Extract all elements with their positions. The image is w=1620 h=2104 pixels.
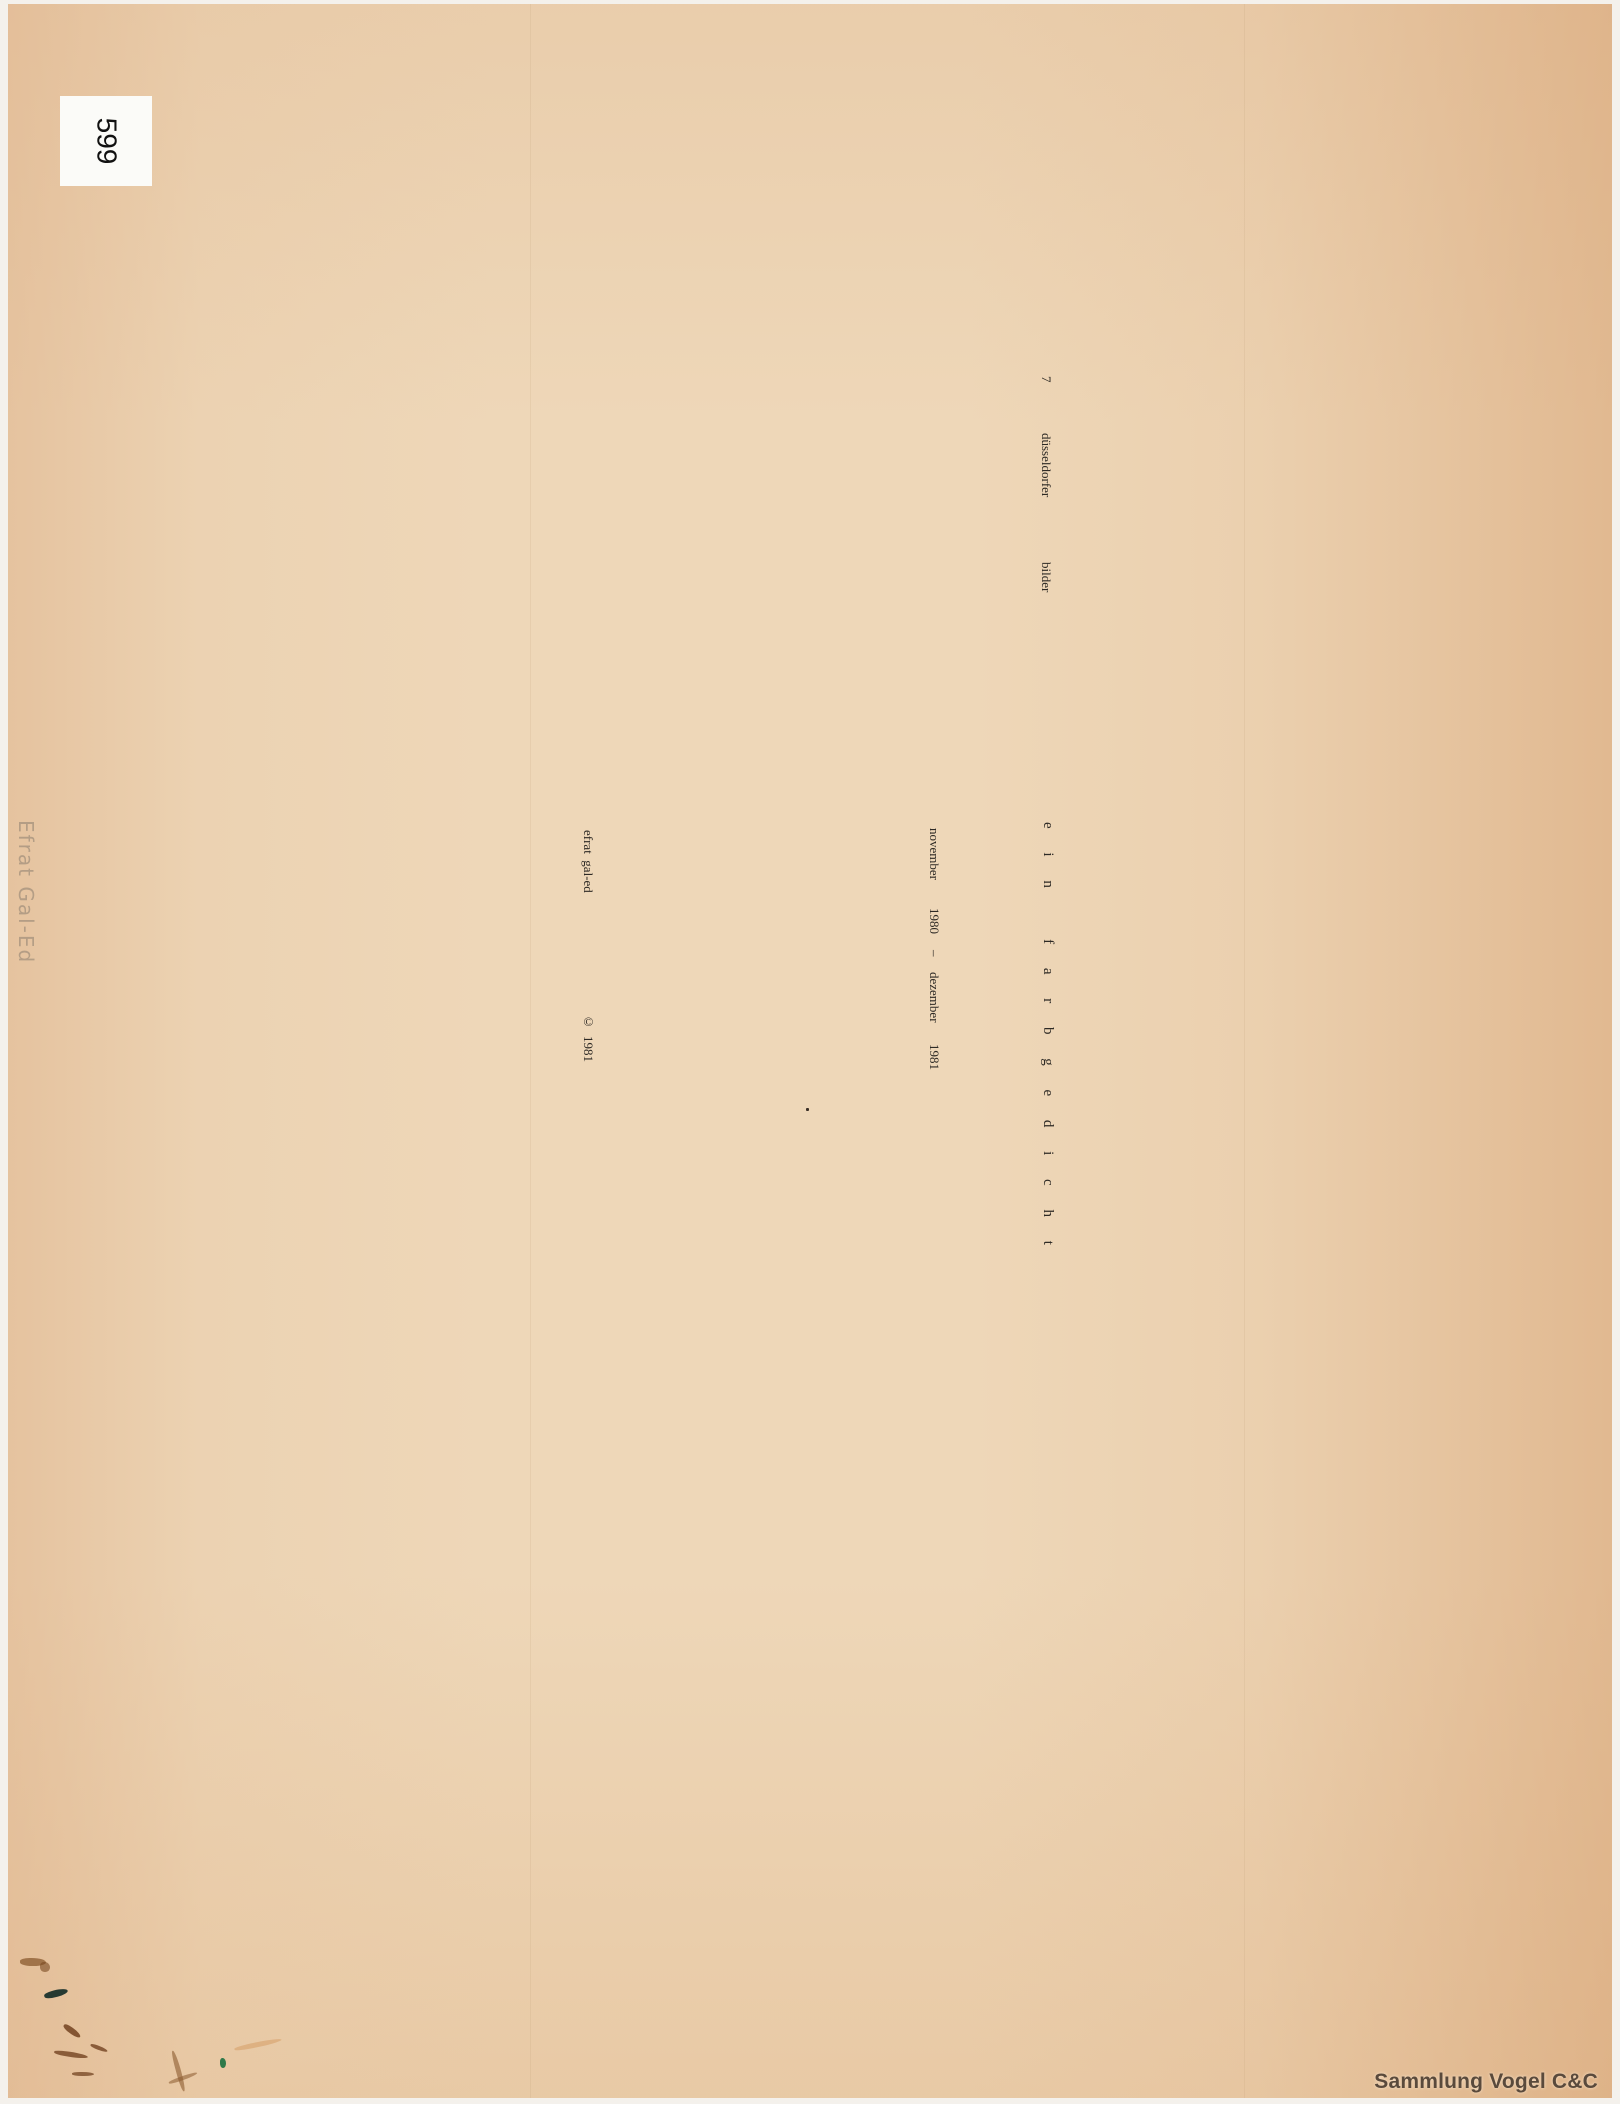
series-word-city: düsseldorfer bbox=[1040, 433, 1053, 497]
inventory-number: 599 bbox=[90, 118, 122, 165]
paper-fold-line bbox=[530, 4, 531, 2098]
inventory-label: 599 bbox=[60, 96, 152, 186]
series-number: 7 bbox=[1040, 376, 1053, 383]
paint-stain bbox=[40, 1962, 50, 1972]
copyright-year: 1981 bbox=[582, 1036, 595, 1062]
paint-stain bbox=[72, 2072, 94, 2076]
document-title: e i n f a r b g e d i c h t bbox=[1040, 822, 1055, 1255]
date-separator: – bbox=[928, 950, 941, 957]
date-end-month: dezember bbox=[928, 972, 941, 1023]
copyright-symbol: © bbox=[582, 1014, 595, 1029]
date-start-month: november bbox=[928, 828, 941, 880]
author-name: efrat gal-ed bbox=[582, 830, 595, 893]
paper-sheet bbox=[8, 4, 1612, 2098]
paint-stain bbox=[220, 2058, 226, 2068]
collection-watermark: Sammlung Vogel C&C bbox=[1374, 2070, 1598, 2094]
paper-fold-line bbox=[1244, 4, 1245, 2098]
pencil-annotation: Efrat Gal-Ed bbox=[14, 820, 38, 964]
date-start-year: 1980 bbox=[928, 908, 941, 934]
series-word-pictures: bilder bbox=[1040, 562, 1053, 592]
ink-speck bbox=[806, 1108, 809, 1111]
date-end-year: 1981 bbox=[928, 1044, 941, 1070]
